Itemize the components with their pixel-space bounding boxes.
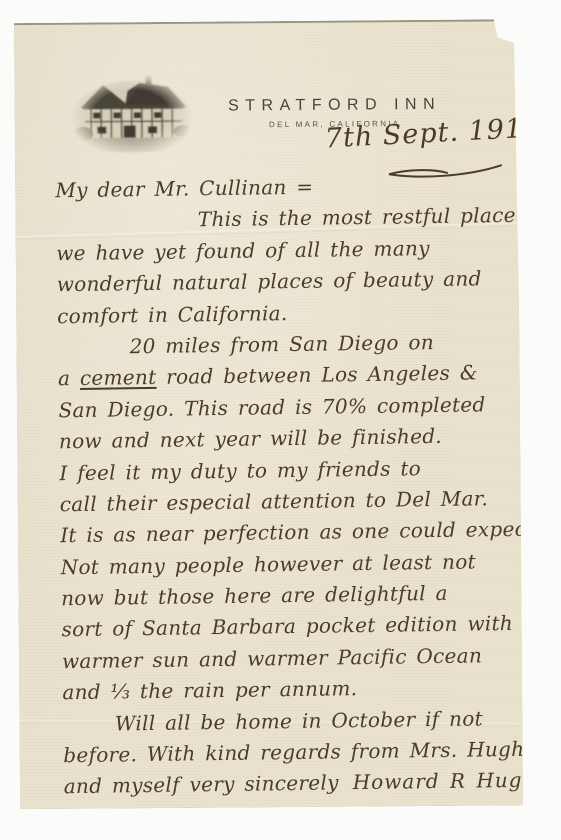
- handwritten-line: San Diego. This road is 70% completed: [58, 389, 520, 427]
- inn-building-illustration: [66, 70, 197, 161]
- letterhead-hotel-name: STRATFORD INN: [203, 96, 467, 116]
- scanned-letter: STRATFORD INN DEL MAR, CALIFORNIA 7th Se…: [0, 0, 561, 840]
- closing-text: and myself very sincerely: [64, 771, 339, 799]
- line-text: a: [58, 366, 80, 390]
- letter-paper: STRATFORD INN DEL MAR, CALIFORNIA 7th Se…: [14, 19, 523, 809]
- handwritten-line: This is the most restful place: [56, 200, 518, 238]
- underlined-word: cement: [80, 365, 157, 390]
- handwritten-line: wonderful natural places of beauty and: [57, 263, 519, 301]
- line-text: road between Los Angeles &: [156, 361, 478, 389]
- letter-body: My dear Mr. Cullinan = This is the most …: [55, 169, 526, 803]
- signature: Howard R Hughes —: [353, 767, 561, 794]
- paper-top-edge: [14, 19, 517, 25]
- closing-line: and myself very sincerelyHoward R Hughes…: [64, 765, 526, 803]
- handwritten-line: Not many people however at least not: [60, 545, 522, 583]
